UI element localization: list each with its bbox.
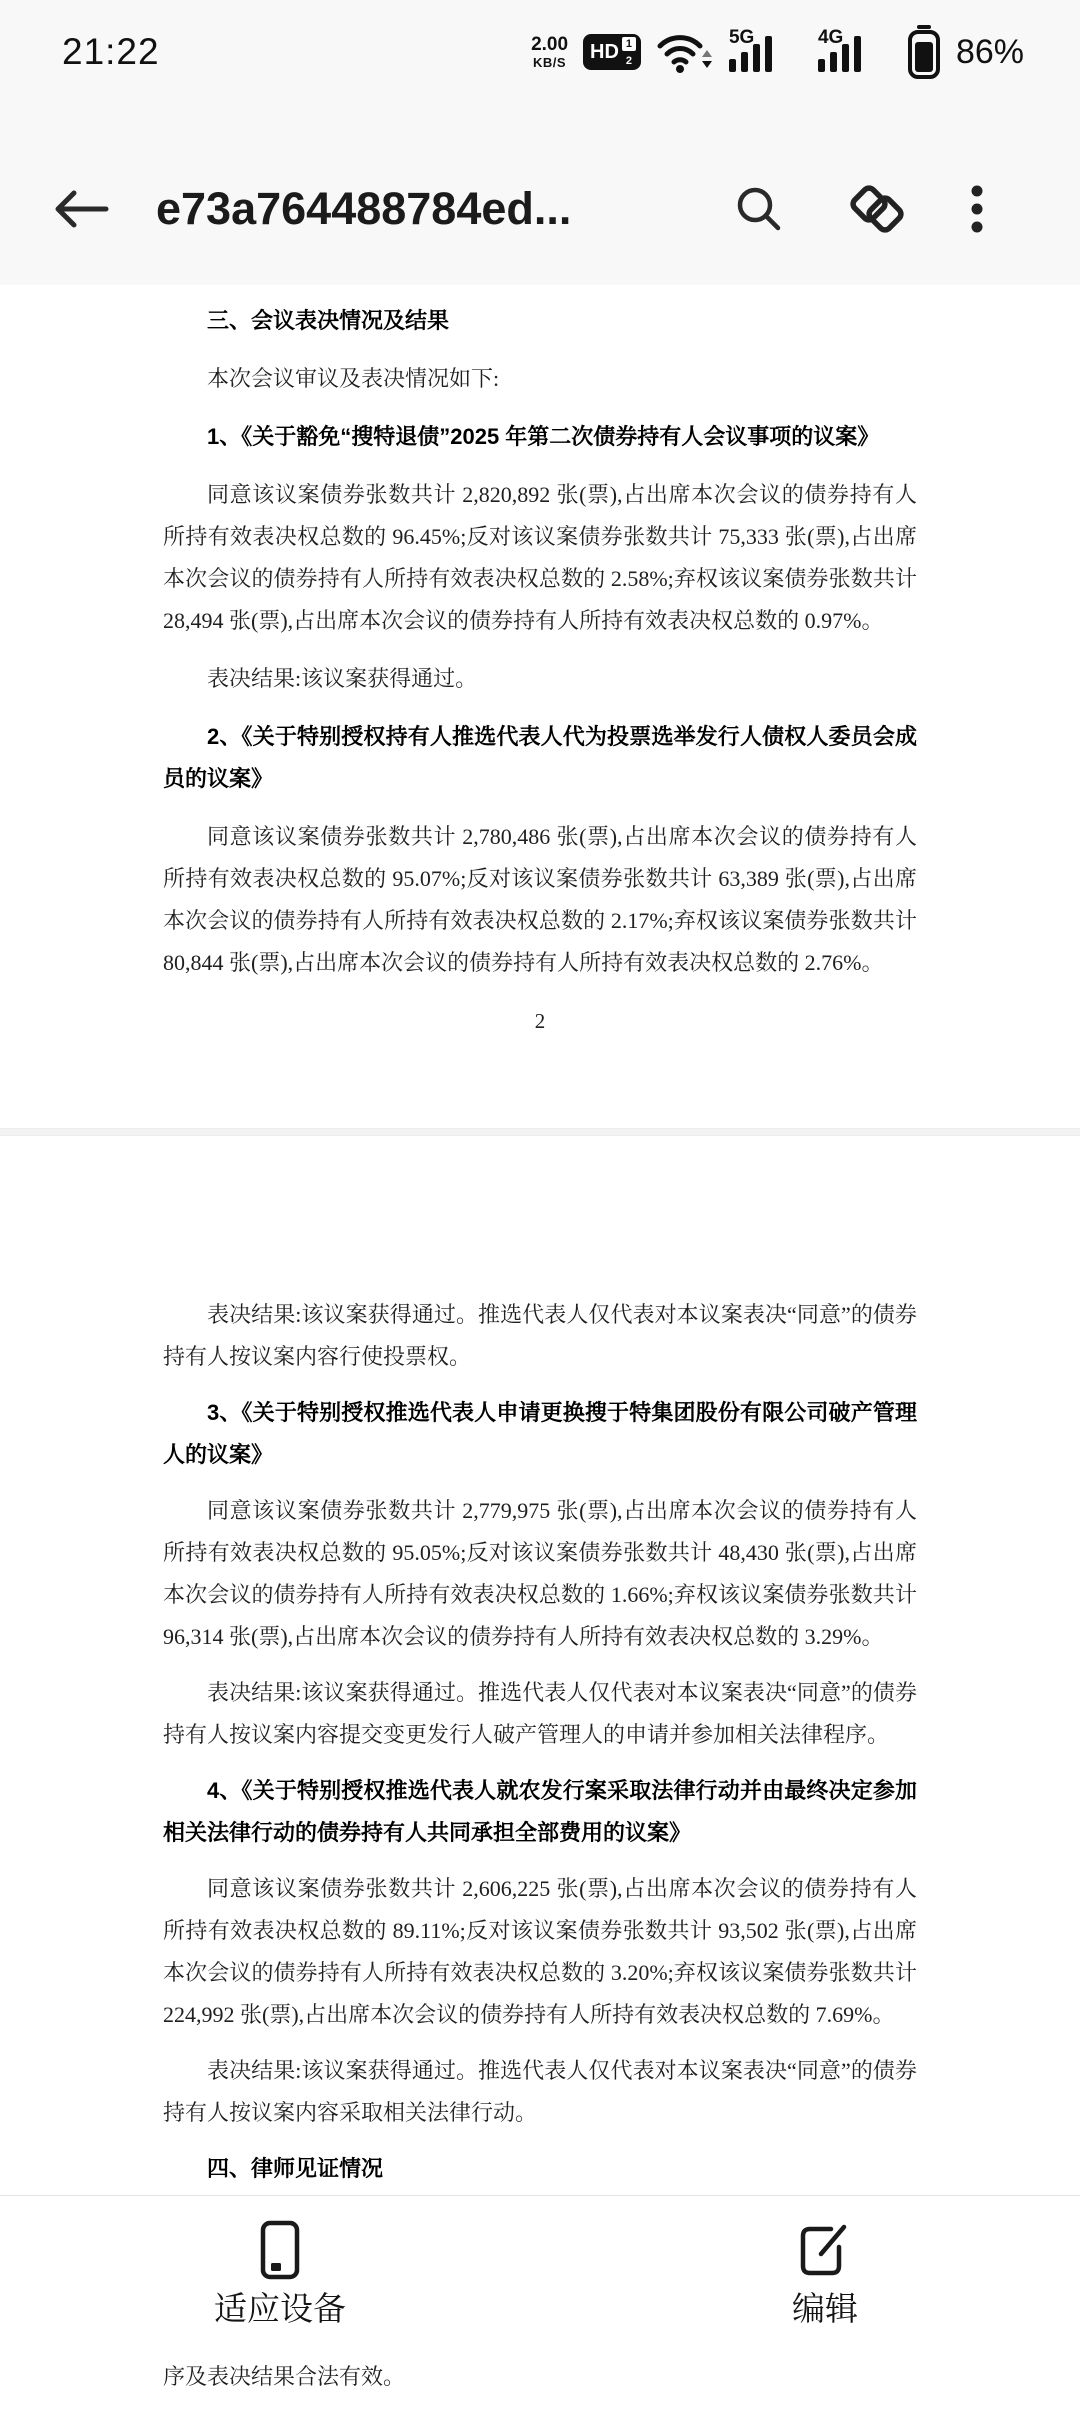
proposal-3-body: 同意该议案债券张数共计 2,779,975 张(票),占出席本次会议的债券持有人…	[163, 1490, 917, 1658]
wifi-icon	[656, 30, 714, 74]
bottom-toolbar: 适应设备 编辑	[0, 2195, 1080, 2345]
fit-device-button[interactable]: 适应设备	[170, 2196, 390, 2346]
edit-button[interactable]: 编辑	[715, 2196, 935, 2346]
battery-icon	[907, 25, 941, 79]
page-separator	[0, 1128, 1080, 1136]
page-number: 2	[163, 1000, 917, 1042]
section-4-heading: 四、律师见证情况	[163, 2148, 917, 2190]
docs-switch-icon[interactable]	[848, 181, 906, 237]
proposal-2-heading: 2、《关于特别授权持有人推选代表人代为投票选举发行人债权人委员会成员的议案》	[163, 716, 917, 800]
fit-device-label: 适应设备	[214, 2292, 346, 2325]
section-heading: 三、会议表决情况及结果	[163, 300, 917, 342]
document-viewport[interactable]: 三、会议表决情况及结果 本次会议审议及表决情况如下: 1、《关于豁免“搜特退债”…	[0, 285, 1080, 2412]
proposal-3-heading: 3、《关于特别授权推选代表人申请更换搜于特集团股份有限公司破产管理人的议案》	[163, 1392, 917, 1476]
proposal-2-result: 表决结果:该议案获得通过。推选代表人仅代表对本议案表决“同意”的债券持有人按议案…	[163, 1294, 917, 1378]
proposal-1-body: 同意该议案债券张数共计 2,820,892 张(票),占出席本次会议的债券持有人…	[163, 474, 917, 642]
proposal-1-heading: 1、《关于豁免“搜特退债”2025 年第二次债券持有人会议事项的议案》	[163, 416, 917, 458]
back-button[interactable]	[48, 186, 114, 232]
hd-volte-icon: HD 1 2	[583, 34, 641, 70]
document-title: e73a764488784ed...	[156, 183, 571, 235]
edit-icon	[797, 2220, 853, 2280]
document-page-1: 三、会议表决情况及结果 本次会议审议及表决情况如下: 1、《关于豁免“搜特退债”…	[0, 285, 1080, 1128]
signal-4g-icon: 4G	[818, 30, 892, 74]
proposal-4-heading: 4、《关于特别授权推选代表人就农发行案采取法律行动并由最终决定参加相关法律行动的…	[163, 1770, 917, 1854]
overflow-menu-icon[interactable]	[970, 184, 984, 234]
proposal-4-body: 同意该议案债券张数共计 2,606,225 张(票),占出席本次会议的债券持有人…	[163, 1868, 917, 2036]
proposal-4-result: 表决结果:该议案获得通过。推选代表人仅代表对本议案表决“同意”的债券持有人按议案…	[163, 2050, 917, 2134]
proposal-3-result: 表决结果:该议案获得通过。推选代表人仅代表对本议案表决“同意”的债券持有人按议案…	[163, 1672, 917, 1756]
signal-5g-icon: 5G	[729, 30, 803, 74]
clock: 21:22	[62, 31, 160, 73]
status-bar: 21:22 2.00 KB/S HD 1 2	[0, 0, 1080, 90]
proposal-1-result: 表决结果:该议案获得通过。	[163, 658, 917, 700]
document-partial-line: 序及表决结果合法有效。	[163, 2356, 917, 2398]
app-bar: e73a764488784ed...	[0, 90, 1080, 285]
paragraph: 本次会议审议及表决情况如下:	[163, 358, 917, 400]
screen: 21:22 2.00 KB/S HD 1 2	[0, 0, 1080, 2412]
proposal-2-body: 同意该议案债券张数共计 2,780,486 张(票),占出席本次会议的债券持有人…	[163, 816, 917, 984]
phone-fit-icon	[255, 2220, 305, 2280]
search-icon[interactable]	[734, 184, 784, 234]
edit-label: 编辑	[792, 2292, 858, 2325]
battery-percent: 86%	[956, 33, 1024, 72]
network-speed: 2.00 KB/S	[531, 35, 568, 69]
